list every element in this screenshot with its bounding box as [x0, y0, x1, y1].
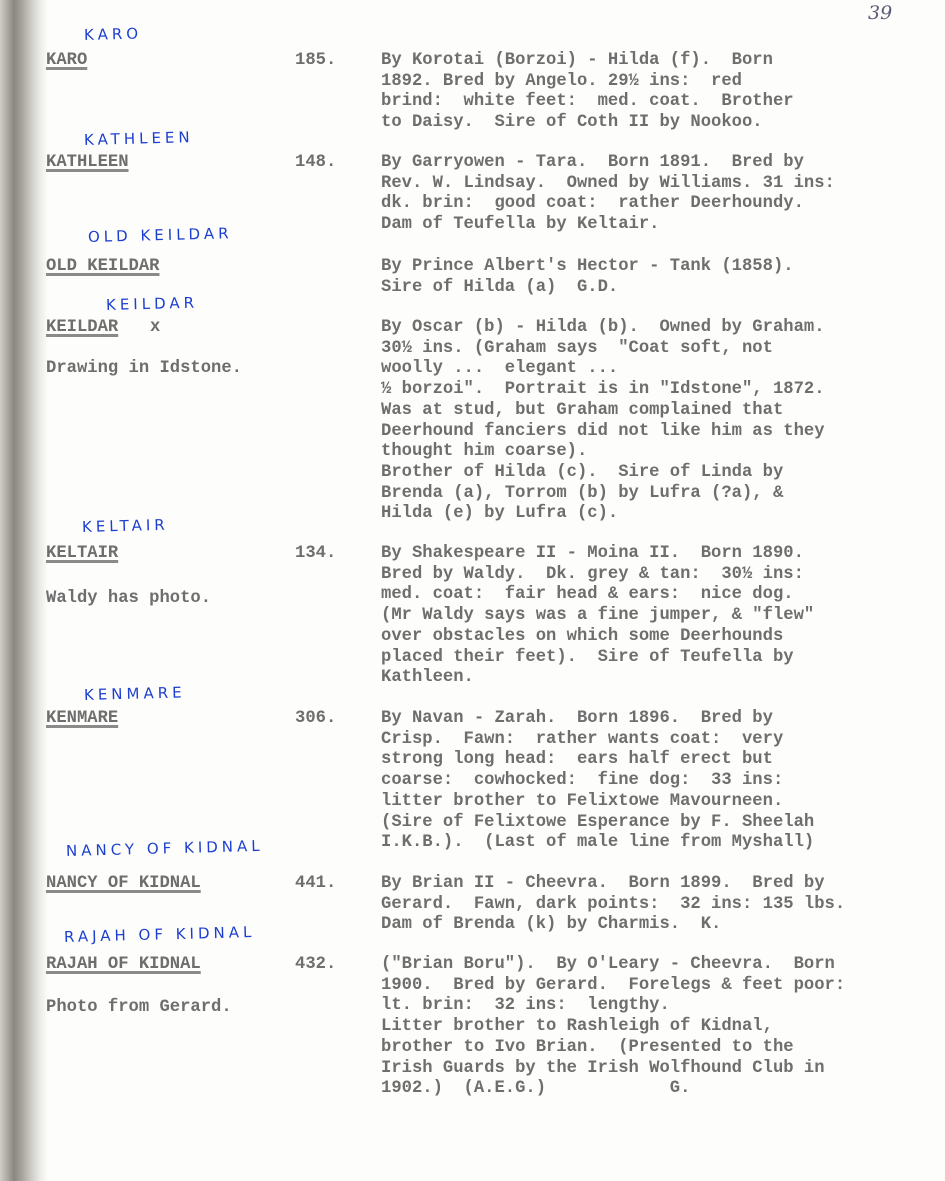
entry-name: KENMARE — [46, 709, 118, 730]
handwritten-label: KENMARE — [84, 683, 186, 704]
entry-name: NANCY OF KIDNAL — [46, 874, 201, 895]
book-binding-shadow — [0, 0, 48, 1181]
entry-description: By Navan - Zarah. Born 1896. Bred by Cri… — [381, 709, 814, 854]
handwritten-label: NANCY OF KIDNAL — [66, 837, 264, 860]
entry-number: 134. — [295, 544, 336, 565]
entry-name: KARO — [46, 51, 87, 72]
entry-name: KELTAIR — [46, 544, 118, 565]
entry-name: OLD KEILDAR — [46, 257, 159, 278]
entry-description: ("Brian Boru"). By O'Leary - Cheevra. Bo… — [381, 955, 845, 1100]
handwritten-label: KATHLEEN — [84, 128, 194, 149]
entry-number: 148. — [295, 153, 336, 174]
entry-number: 441. — [295, 874, 336, 895]
entry-description: By Garryowen - Tara. Born 1891. Bred by … — [381, 153, 835, 236]
handwritten-label: KELTAIR — [82, 516, 169, 536]
handwritten-label: KARO — [84, 24, 143, 44]
handwritten-label: OLD KEILDAR — [88, 224, 233, 246]
handwritten-label: RAJAH OF KIDNAL — [64, 923, 256, 946]
entry-description: By Oscar (b) - Hilda (b). Owned by Graha… — [381, 318, 825, 525]
entry-number: 185. — [295, 51, 336, 72]
entry-number: 306. — [295, 709, 336, 730]
entry-note: Drawing in Idstone. — [46, 359, 242, 380]
entry-note: Waldy has photo. — [46, 589, 211, 610]
entry-name: RAJAH OF KIDNAL — [46, 955, 201, 976]
entry-description: By Korotai (Borzoi) - Hilda (f). Born 18… — [381, 51, 794, 134]
document-page: 39 KARO KARO 185. By Korotai (Borzoi) - … — [0, 0, 945, 1181]
entry-name: KATHLEEN — [46, 153, 129, 174]
handwritten-label: KEILDAR — [106, 294, 199, 314]
entry-description: By Brian II - Cheevra. Born 1899. Bred b… — [381, 874, 845, 936]
entry-description: By Shakespeare II - Moina II. Born 1890.… — [381, 544, 814, 689]
entry-description: By Prince Albert's Hector - Tank (1858).… — [381, 257, 794, 298]
page-number: 39 — [868, 2, 892, 24]
entry-note: Photo from Gerard. — [46, 998, 232, 1019]
entry-name: KEILDAR — [46, 318, 118, 339]
entry-marker: x — [150, 318, 160, 339]
entry-number: 432. — [295, 955, 336, 976]
